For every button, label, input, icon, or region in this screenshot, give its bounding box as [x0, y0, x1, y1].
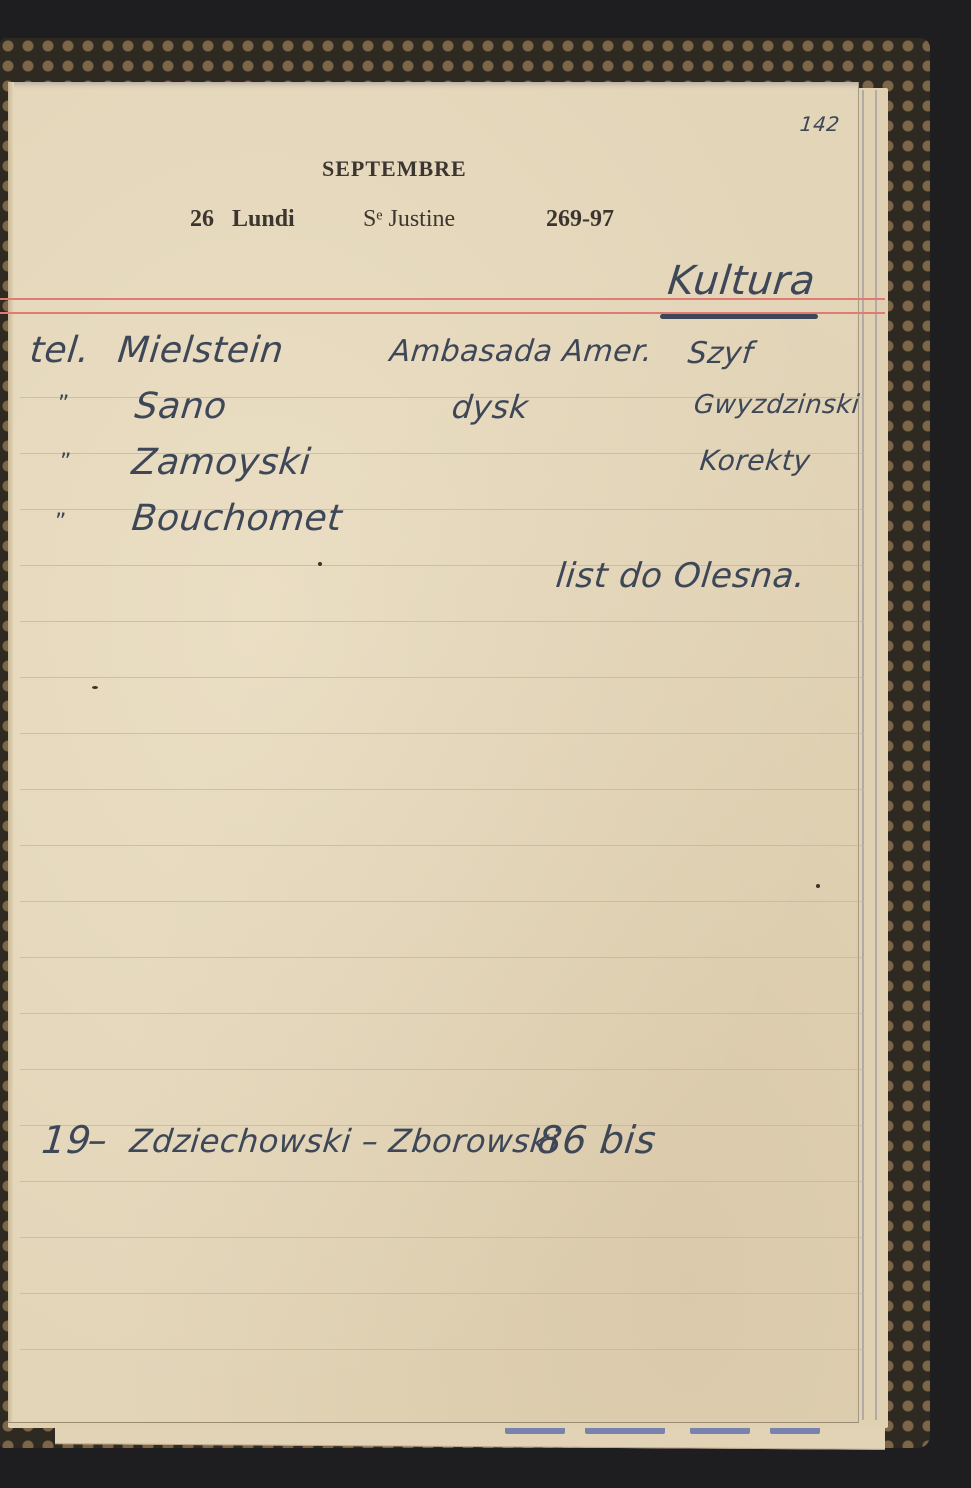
- day-of-year: 269-97: [546, 206, 614, 233]
- heading-kultura: Kultura: [666, 258, 818, 304]
- page-edge-line: [875, 90, 877, 1420]
- weekday: Lundi: [232, 206, 295, 233]
- ink-dot: [92, 686, 98, 689]
- contact-entry: Mielstein: [116, 330, 286, 371]
- contact-entry: Bouchomet: [130, 498, 344, 539]
- middle-entry: Ambasada Amer.: [388, 334, 654, 369]
- contact-entry: Zamoyski: [130, 442, 313, 483]
- page-fold: [8, 82, 14, 1422]
- right-entry: Gwyzdzinski: [692, 390, 861, 420]
- heading-underline: [660, 314, 818, 319]
- contact-entry: Sano: [133, 386, 229, 427]
- ditto-mark: ”: [60, 450, 71, 475]
- middle-entry: dysk: [450, 388, 530, 426]
- tel-prefix: tel.: [28, 330, 92, 371]
- right-entry: Korekty: [698, 444, 812, 477]
- month-heading: SEPTEMBRE: [322, 156, 467, 182]
- ditto-mark: ”: [58, 392, 69, 417]
- ink-dot: [816, 884, 820, 888]
- saint-name: Sᵉ Justine: [363, 206, 455, 233]
- appointment-address: 86 bis: [536, 1118, 659, 1162]
- ink-dot: [318, 562, 322, 566]
- page-edge-line: [862, 90, 864, 1420]
- page-number: 142: [799, 112, 841, 136]
- right-entry: Szyf: [686, 336, 755, 371]
- appointment-names: Zdziechowski – Zborowski: [128, 1122, 560, 1160]
- ditto-mark: ”: [55, 510, 66, 535]
- note-letter: list do Olesna.: [554, 556, 808, 596]
- day-number: 26: [190, 206, 214, 233]
